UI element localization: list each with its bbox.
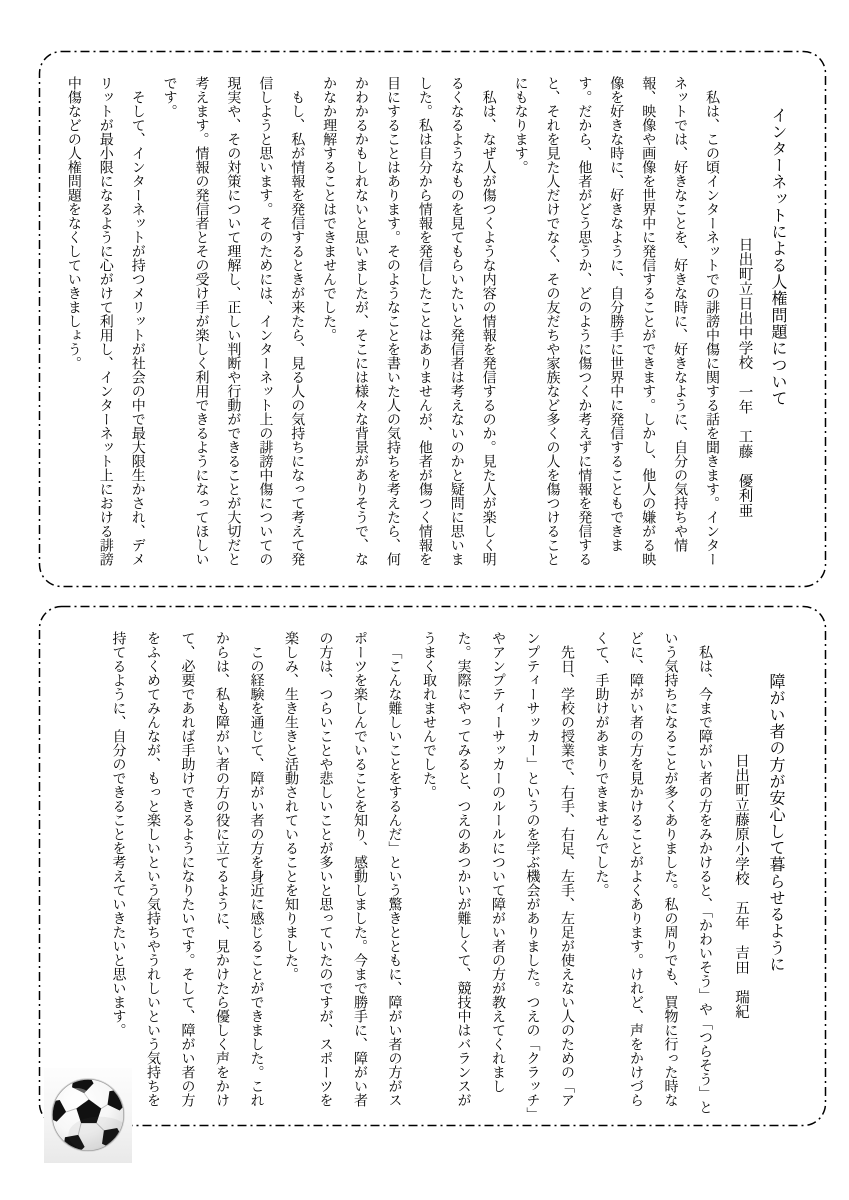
soccer-ball-icon — [47, 1072, 129, 1158]
essay-byline: 日出町立日出中学校 一年 工藤 優利亜 — [728, 76, 761, 576]
essay-paragraph: 先日、学校の授業で、右手、右足、左手、左足が使えない人のための「アンプティーサッ… — [413, 631, 586, 1115]
essay-title: インターネットによる人権問題について — [761, 76, 794, 576]
soccer-ball-image — [44, 1068, 132, 1163]
essay-paragraph: 私は、なぜ人が傷つくような内容の情報を発信するのか。見た人が楽しく明るくなるよう… — [313, 76, 504, 576]
document-page: インターネットによる人権問題について 日出町立日出中学校 一年 工藤 優利亜 私… — [0, 0, 849, 1200]
essay-content: 障がい者の方が安心して暮らせるように 日出町立藤原小学校 五年 吉田 瑞紀 私は… — [38, 605, 827, 1127]
essay-paragraph: 私は、この頃インターネットでの誹謗中傷に関する話を聞きます。インターネットでは、… — [505, 76, 728, 576]
essay-paragraph: 私は、今まで障がい者の方をみかけると、「かわいそう」や「つらそう」という気持ちに… — [585, 631, 723, 1115]
essay-paragraph: そして、インターネットが持つメリットが社会の中で最大限生かされ、デメリットが最小… — [58, 76, 154, 576]
essay-content: インターネットによる人権問題について 日出町立日出中学校 一年 工藤 優利亜 私… — [38, 50, 827, 588]
essay-disability-support: 障がい者の方が安心して暮らせるように 日出町立藤原小学校 五年 吉田 瑞紀 私は… — [38, 605, 827, 1127]
essay-paragraph: この経験を通じて、障がい者の方を身近に感じることができました。これからは、私も障… — [102, 631, 275, 1115]
essay-paragraph: もし、私が情報を発信するときが来たら、見る人の気持ちになって考えて発信しようと思… — [154, 76, 314, 576]
essay-internet-rights: インターネットによる人権問題について 日出町立日出中学校 一年 工藤 優利亜 私… — [38, 50, 827, 588]
essay-byline: 日出町立藤原小学校 五年 吉田 瑞紀 — [723, 631, 758, 1115]
essay-paragraph: 「こんな難しいことをするんだ」という驚きとともに、障がい者の方がスポーツを楽しん… — [275, 631, 413, 1115]
essay-title: 障がい者の方が安心して暮らせるように — [758, 631, 793, 1115]
